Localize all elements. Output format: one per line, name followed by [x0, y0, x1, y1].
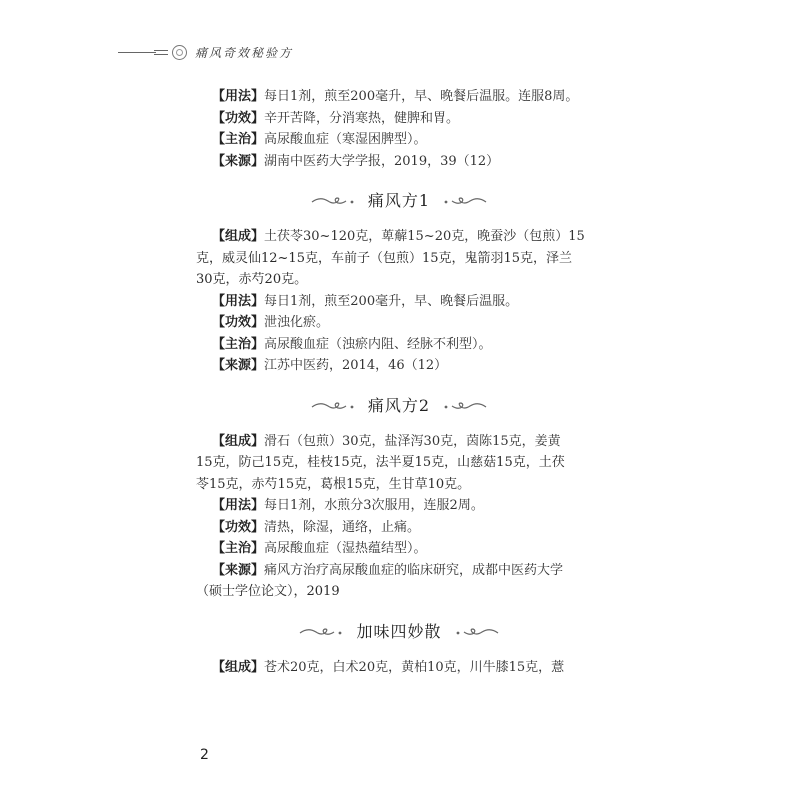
composition-line: 15克，防己15克，桂枝15克，法半夏15克，山慈菇15克，土茯 [196, 452, 602, 474]
usage-line: 【用法】每日1剂，水煎分3次服用，连服2周。 [196, 495, 602, 517]
label-source: 【来源】 [212, 358, 264, 373]
label-indication: 【主治】 [212, 132, 264, 147]
efficacy-line: 【功效】清热，除湿，通络，止痛。 [196, 517, 602, 539]
indication-text: 高尿酸血症（浊瘀内阻、经脉不利型）。 [264, 337, 492, 352]
efficacy-text: 泄浊化瘀。 [264, 315, 329, 330]
label-composition: 【组成】 [212, 660, 264, 675]
composition-paragraph: 【组成】滑石（包煎）30克，盐泽泻30克，茵陈15克，姜黄 15克，防己15克，… [196, 431, 602, 496]
composition-line: 【组成】土茯苓30~120克，萆薢15~20克，晚蚕沙（包煎）15 [196, 226, 602, 248]
indication-line: 【主治】高尿酸血症（湿热蕴结型）。 [196, 538, 602, 560]
scroll-ornament-left-icon [298, 625, 344, 639]
efficacy-text: 清热，除湿，通络，止痛。 [264, 520, 420, 535]
label-usage: 【用法】 [212, 294, 264, 309]
usage-line: 【用法】每日1剂，煎至200毫升，早、晚餐后温服。 [196, 291, 602, 313]
indication-text: 高尿酸血症（湿热蕴结型）。 [264, 541, 427, 556]
usage-line: 【用法】每日1剂，煎至200毫升，早、晚餐后温服。连服8周。 [196, 86, 602, 108]
section-heading-1: 痛风方1 [196, 180, 602, 222]
composition-line: 克，威灵仙12~15克，车前子（包煎）15克，鬼箭羽15克，泽兰 [196, 248, 602, 270]
label-composition: 【组成】 [212, 434, 264, 449]
efficacy-text: 辛开苦降，分消寒热，健脾和胃。 [264, 111, 459, 126]
scroll-ornament-right-icon [442, 399, 488, 413]
page-content: 【用法】每日1剂，煎至200毫升，早、晚餐后温服。连服8周。 【功效】辛开苦降，… [196, 86, 602, 678]
scroll-ornament-right-icon [454, 625, 500, 639]
page-number: 2 [200, 747, 209, 763]
indication-text: 高尿酸血症（寒湿困脾型）。 [264, 132, 427, 147]
composition-text: 滑石（包煎）30克，盐泽泻30克，茵陈15克，姜黄 [264, 434, 561, 449]
composition-line: 【组成】苍术20克，白术20克，黄柏10克，川牛膝15克，薏 [196, 657, 602, 679]
scroll-ornament-left-icon [310, 399, 356, 413]
scroll-ornament-right-icon [442, 194, 488, 208]
label-usage: 【用法】 [212, 89, 264, 104]
label-efficacy: 【功效】 [212, 520, 264, 535]
label-efficacy: 【功效】 [212, 111, 264, 126]
indication-line: 【主治】高尿酸血症（寒湿困脾型）。 [196, 129, 602, 151]
composition-text: 苍术20克，白术20克，黄柏10克，川牛膝15克，薏 [264, 660, 564, 675]
composition-text: 土茯苓30~120克，萆薢15~20克，晚蚕沙（包煎）15 [264, 229, 585, 244]
emblem-icon [172, 45, 187, 60]
efficacy-line: 【功效】泄浊化瘀。 [196, 312, 602, 334]
label-composition: 【组成】 [212, 229, 264, 244]
section-heading-2: 痛风方2 [196, 385, 602, 427]
ornament-line [118, 52, 156, 53]
indication-line: 【主治】高尿酸血症（浊瘀内阻、经脉不利型）。 [196, 334, 602, 356]
source-text: 痛风方治疗高尿酸血症的临床研究，成都中医药大学 [264, 563, 563, 578]
composition-line: 苓15克，赤芍15克，葛根15克，生甘草10克。 [196, 474, 602, 496]
label-indication: 【主治】 [212, 337, 264, 352]
usage-text: 每日1剂，煎至200毫升，早、晚餐后温服。 [264, 294, 518, 309]
label-indication: 【主治】 [212, 541, 264, 556]
section-title: 加味四妙散 [356, 621, 441, 643]
label-source: 【来源】 [212, 563, 264, 578]
book-title: 痛风奇效秘验方 [195, 44, 293, 61]
running-head: 痛风奇效秘验方 [118, 42, 293, 62]
source-line-continued: （硕士学位论文），2019 [196, 581, 602, 603]
usage-text: 每日1剂，水煎分3次服用，连服2周。 [264, 498, 484, 513]
composition-paragraph: 【组成】土茯苓30~120克，萆薢15~20克，晚蚕沙（包煎）15 克，威灵仙1… [196, 226, 602, 291]
section-heading-3: 加味四妙散 [196, 611, 602, 653]
scroll-ornament-left-icon [310, 194, 356, 208]
composition-paragraph: 【组成】苍术20克，白术20克，黄柏10克，川牛膝15克，薏 [196, 657, 602, 679]
label-usage: 【用法】 [212, 498, 264, 513]
continued-recipe: 【用法】每日1剂，煎至200毫升，早、晚餐后温服。连服8周。 【功效】辛开苦降，… [196, 86, 602, 172]
label-source: 【来源】 [212, 154, 264, 169]
ornament-line-double [154, 50, 168, 55]
source-line: 【来源】痛风方治疗高尿酸血症的临床研究，成都中医药大学 [196, 560, 602, 582]
section-title: 痛风方1 [368, 190, 430, 212]
label-efficacy: 【功效】 [212, 315, 264, 330]
source-text: 江苏中医药，2014，46（12） [264, 358, 447, 373]
composition-line: 30克，赤芍20克。 [196, 269, 602, 291]
efficacy-line: 【功效】辛开苦降，分消寒热，健脾和胃。 [196, 108, 602, 130]
composition-line: 【组成】滑石（包煎）30克，盐泽泻30克，茵陈15克，姜黄 [196, 431, 602, 453]
usage-text: 每日1剂，煎至200毫升，早、晚餐后温服。连服8周。 [264, 89, 578, 104]
section-title: 痛风方2 [368, 395, 430, 417]
source-text: 湖南中医药大学学报，2019，39（12） [264, 154, 499, 169]
source-line: 【来源】湖南中医药大学学报，2019，39（12） [196, 151, 602, 173]
source-line: 【来源】江苏中医药，2014，46（12） [196, 355, 602, 377]
